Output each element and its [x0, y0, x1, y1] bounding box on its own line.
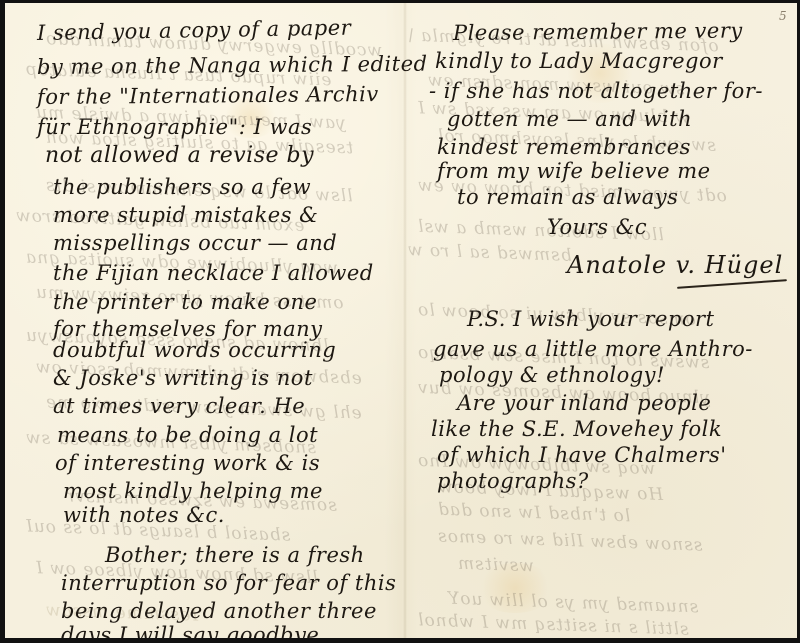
letter-line: by me on the Nanga which I edited	[37, 52, 428, 79]
closing-line: Yours &c	[547, 215, 647, 239]
postscript-line: gave us a little more Anthro-	[433, 337, 753, 361]
letter-line: the publishers so a few	[53, 175, 311, 199]
letter-line: Please remember me very	[453, 18, 743, 45]
letter-line: most kindly helping me	[63, 479, 323, 503]
letter-line: days I will say goodbye	[61, 623, 319, 643]
bleed-through-text: slttil s ni ssittsq mw I wbnol	[417, 610, 689, 639]
letter-line: kindly to Lady Macgregor	[435, 49, 723, 73]
letter-line: with notes &c.	[63, 503, 225, 527]
postscript-line: of which I have Chalmers'	[437, 443, 727, 467]
letter-line: misspellings occur — and	[53, 231, 337, 255]
bleed-through-text: ssnow ebsw Ilid sw ro emos	[437, 526, 703, 555]
page-number: 5	[779, 9, 787, 23]
letter-line: the Fijian necklace I allowed	[53, 261, 374, 285]
letter-line: more stupid mistakes &	[53, 203, 318, 227]
scan-frame: wcodllg ewgerwy dunow tumin ddo eiiw rup…	[0, 0, 800, 643]
postscript-line: like the S.E. Movehey folk	[431, 417, 722, 441]
letter-line: to remain as always	[457, 185, 678, 209]
bleed-through-text: bsmwsd sa l ro w	[407, 240, 572, 266]
postscript-line: pology & ethnology!	[439, 363, 665, 387]
letter-line: gotten me — and with	[447, 107, 692, 131]
letter-line: kindest remembrances	[437, 135, 691, 159]
letter-line: the printer to make one	[53, 290, 317, 314]
postscript-line: P.S. I wish your report	[467, 307, 714, 331]
letter-line: interruption so for fear of this	[61, 571, 396, 595]
signature-flourish	[677, 279, 787, 289]
letter-line: being delayed another three	[61, 599, 377, 623]
letter-line: at times very clear. He	[53, 394, 305, 418]
postscript-line: photographs?	[437, 469, 589, 493]
postscript-line: Are your inland people	[457, 391, 711, 415]
letter-line: & Joske's writing is not	[53, 366, 313, 390]
right-page: 5 ofon ebswh mtsl at tl ro ylgmla \ sw o…	[407, 3, 800, 638]
bleed-through-text: wsvitsm	[457, 554, 535, 577]
signature: Anatole v. Hügel	[567, 251, 783, 279]
bleed-through-text: snuamsd ym ys ol lliw uoY	[447, 589, 699, 618]
letter-line: Bother; there is a fresh	[105, 543, 365, 567]
bleed-through-text: lo t'nbsd Iw sno dad	[437, 500, 631, 527]
letter-line: means to be doing a lot	[57, 423, 318, 447]
letter-line: für Ethnographie": I was	[37, 115, 312, 139]
letter-line: for the "Internationales Archiv	[37, 82, 379, 109]
letter-line: not allowed a revise by	[45, 143, 314, 168]
left-page: wcodllg ewgerwy dunow tumin ddo eiiw rup…	[5, 3, 403, 638]
letter-line: I send you a copy of a paper	[37, 16, 352, 45]
letter-line: doubtful words occurring	[53, 338, 336, 362]
letter-line: of interesting work & is	[55, 451, 320, 475]
letter-line: from my wife believe me	[437, 159, 711, 183]
letter-line: - if she has not altogether for-	[429, 79, 763, 103]
